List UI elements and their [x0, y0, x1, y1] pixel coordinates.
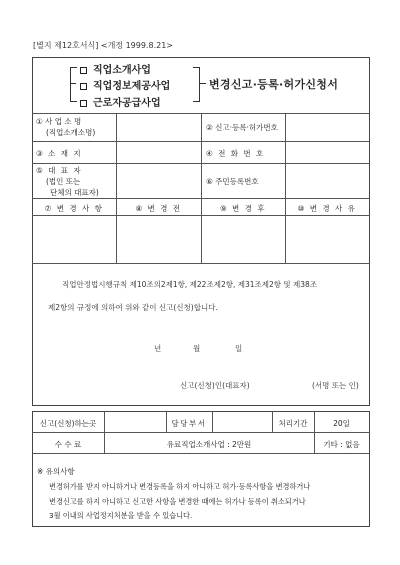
representative-sublabel-2: 단체의 대표자)	[50, 187, 99, 198]
date-month: 월	[193, 343, 200, 354]
before-change-cell[interactable]	[117, 216, 200, 262]
change-item-header: ⑦ 변 경 사 항	[32, 203, 116, 214]
notice-heading: ※ 유의사항	[37, 466, 75, 477]
submit-to-label: 신고(신청)하는곳	[32, 418, 104, 429]
change-item-cell[interactable]	[33, 216, 115, 262]
applicant-label: 신고(신청)인(대표자)	[180, 380, 250, 391]
checkbox-icon[interactable]	[80, 83, 87, 90]
declaration-line-2: 제2항의 규정에 의하여 위와 같이 신고(신청)합니다.	[48, 302, 218, 313]
notice-line-3: 3월 이내의 사업정지처분을 받을 수 있습니다.	[49, 511, 192, 521]
fee-value: 유료직업소개사업 : 2만원	[104, 439, 314, 450]
business-type-worker-supply[interactable]: 근로자공급사업	[80, 94, 161, 109]
notice-line-2: 변경신고를 하지 아니하고 신고한 사항을 변경한 때에는 허가나 등록이 취소…	[49, 497, 306, 507]
change-reason-cell[interactable]	[286, 216, 369, 262]
divider	[32, 453, 370, 454]
right-bracket	[193, 67, 200, 102]
right-bracket-mid-tick	[199, 83, 206, 84]
signature-label: (서명 또는 인)	[312, 380, 359, 391]
checkbox-icon[interactable]	[80, 67, 87, 74]
business-name-field[interactable]	[117, 114, 200, 140]
left-bracket-mid-tick	[70, 83, 76, 84]
phone-field[interactable]	[286, 142, 369, 162]
divider	[32, 263, 370, 264]
business-name-label: ① 사 업 소 명	[36, 116, 81, 127]
date-day: 일	[235, 343, 242, 354]
permit-number-field[interactable]	[286, 114, 369, 140]
business-type-job-placement[interactable]: 직업소개사업	[80, 61, 151, 76]
location-label: ③ 소 재 지	[36, 148, 82, 159]
after-change-header: ⑨ 변 경 후	[201, 203, 285, 214]
declaration-line-1: 직업안정법시행규칙 제10조의2제1항, 제22조제2항, 제31조제2항 및 …	[62, 279, 317, 290]
fee-label: 수 수 료	[32, 439, 104, 450]
fee-other: 기타 : 없음	[314, 439, 369, 450]
left-bracket	[70, 67, 77, 102]
department-label: 담당부서	[166, 418, 212, 429]
checkbox-icon[interactable]	[80, 100, 87, 107]
notice-line-1: 변경허가를 받지 아니하거나 변경등록을 하지 아니하고 허가·등록사항을 변경…	[49, 482, 310, 492]
business-name-sublabel: (직업소개소명)	[46, 127, 95, 138]
resident-number-field[interactable]	[286, 164, 369, 197]
representative-sublabel-1: (법인 또는	[46, 176, 80, 187]
location-field[interactable]	[117, 142, 200, 162]
date-year: 년	[154, 343, 161, 354]
phone-label: ④ 전 화 번 호	[206, 148, 265, 159]
processing-period-label: 처리기간	[272, 418, 314, 429]
divider	[32, 432, 370, 433]
representative-field[interactable]	[117, 164, 200, 197]
business-type-job-info[interactable]: 직업정보제공사업	[80, 77, 170, 92]
before-change-header: ⑧ 변 경 전	[116, 203, 201, 214]
representative-label: ⑤ 대 표 자	[36, 165, 82, 176]
form-reference: [별지 제12호서식] <개정 1999.8.21>	[33, 40, 173, 51]
processing-period-value: 20일	[314, 418, 369, 429]
department-field[interactable]	[213, 412, 271, 431]
after-change-cell[interactable]	[202, 216, 284, 262]
change-reason-header: ⑩ 변 경 사 유	[285, 203, 369, 214]
form-title: 변경신고·등록·허가신청서	[209, 76, 338, 92]
permit-number-label: ② 신고·등록·허가번호	[206, 122, 278, 133]
submit-to-field[interactable]	[105, 412, 165, 431]
resident-number-label: ⑥ 주민등록번호	[206, 176, 259, 187]
